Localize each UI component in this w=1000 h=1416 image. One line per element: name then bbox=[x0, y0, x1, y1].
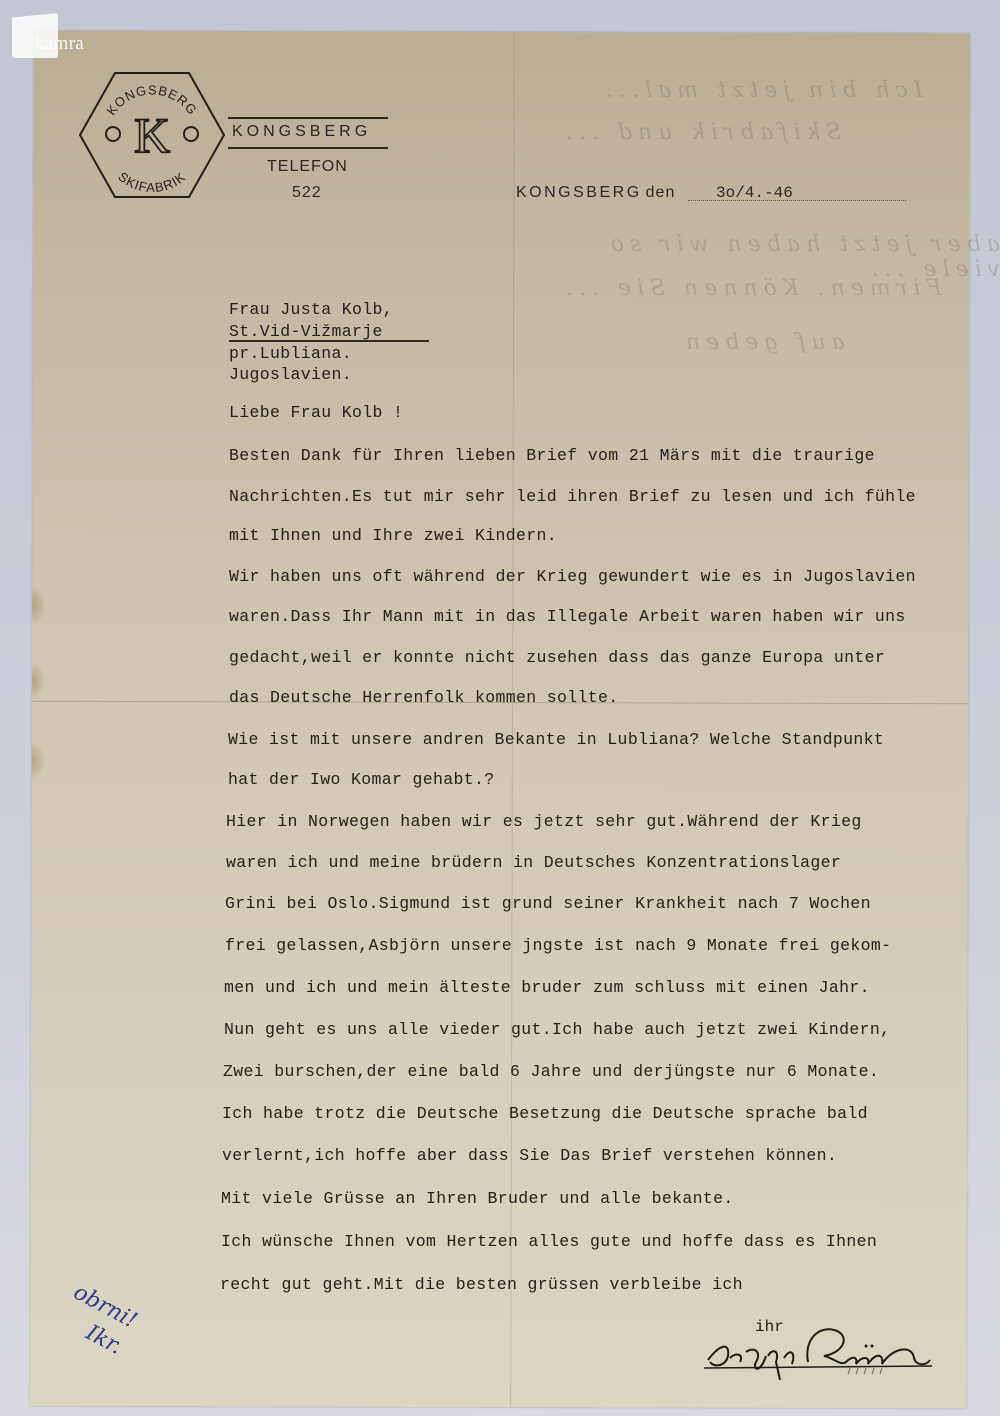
bleed-through-line: Skifabrik und ... bbox=[560, 120, 841, 145]
dateline-place: KONGSBERGden bbox=[516, 184, 675, 202]
letterhead-rule-bottom bbox=[228, 147, 388, 149]
bleed-through-line: aber jetzt haben wir so viele ... bbox=[520, 232, 1000, 282]
dateline-den: den bbox=[646, 184, 676, 201]
kongsberg-skifabrik-logo-icon: KONGSBERG SKIFABRIK K bbox=[78, 70, 226, 200]
letterhead-company: KONGSBERG bbox=[232, 123, 371, 141]
dateline-city: KONGSBERG bbox=[516, 184, 642, 201]
svg-text:SKIFABRIK: SKIFABRIK bbox=[115, 169, 188, 195]
body-line: das Deutsche Herrenfolk kommen sollte. bbox=[229, 688, 619, 707]
body-line: Ich habe trotz die Deutsche Besetzung di… bbox=[222, 1104, 868, 1123]
address-line-name: Frau Justa Kolb, bbox=[229, 300, 393, 319]
edge-stain bbox=[32, 661, 46, 701]
salutation: Liebe Frau Kolb ! bbox=[229, 403, 403, 422]
body-line: recht gut geht.Mit die besten grüssen ve… bbox=[220, 1275, 743, 1294]
body-line: Nun geht es uns alle vieder gut.Ich habe… bbox=[224, 1020, 890, 1039]
body-line: mit Ihnen und Ihre zwei Kindern. bbox=[229, 526, 557, 545]
address-underline bbox=[229, 340, 429, 342]
logo-bottom-arc: SKIFABRIK bbox=[115, 169, 188, 195]
edge-stain bbox=[32, 741, 46, 781]
body-line: Wie ist mit unsere andren Bekante in Lub… bbox=[228, 730, 884, 749]
address-line-country: Jugoslavien. bbox=[229, 365, 352, 384]
body-line: Besten Dank für Ihren lieben Brief vom 2… bbox=[229, 446, 875, 465]
bleed-through-line: auf geben bbox=[680, 330, 845, 355]
letterhead-telefon-number: 522 bbox=[292, 184, 322, 202]
body-line: gedacht,weil er konnte nicht zusehen das… bbox=[229, 648, 885, 667]
body-line: waren.Dass Ihr Mann mit in das Illegale … bbox=[229, 607, 906, 626]
address-line-region: pr.Lubliana. bbox=[229, 344, 352, 363]
logo-k-letter: K bbox=[134, 107, 170, 163]
edge-stain bbox=[32, 586, 46, 626]
body-line: verlernt,ich hoffe aber dass Sie Das Bri… bbox=[222, 1146, 837, 1165]
kamra-watermark-text: kamra bbox=[35, 33, 84, 55]
body-line: Grini bei Oslo.Sigmund ist grund seiner … bbox=[225, 894, 871, 913]
address-line-town: St.Vid-Vižmarje bbox=[229, 322, 383, 341]
dateline-date: 3o/4.-46 bbox=[716, 184, 793, 202]
body-line: Hier in Norwegen haben wir es jetzt sehr… bbox=[226, 812, 862, 831]
body-line: Zwei burschen,der eine bald 6 Jahre und … bbox=[223, 1062, 879, 1081]
body-line: Mit viele Grüsse an Ihren Bruder und all… bbox=[221, 1189, 734, 1208]
bleed-through-line: Firmen. Können Sie ... bbox=[560, 276, 942, 301]
body-line: waren ich und meine brüdern in Deutsches… bbox=[226, 853, 841, 872]
body-line: frei gelassen,Asbjörn unsere jngste ist … bbox=[225, 936, 891, 955]
body-line: men und ich und mein älteste bruder zum … bbox=[224, 978, 870, 997]
body-line: hat der Iwo Komar gehabt.? bbox=[228, 770, 495, 789]
body-line: Wir haben uns oft während der Krieg gewu… bbox=[229, 567, 916, 586]
body-line: Ich wünsche Ihnen vom Hertzen alles gute… bbox=[221, 1232, 877, 1251]
body-line: Nachrichten.Es tut mir sehr leid ihren B… bbox=[229, 487, 916, 506]
handwritten-signature-icon bbox=[700, 1322, 940, 1392]
bleed-through-line: Ich bin jetzt mal... bbox=[600, 78, 923, 103]
letterhead-rule-top bbox=[228, 117, 388, 119]
letterhead-telefon-label: TELEFON bbox=[267, 158, 348, 176]
